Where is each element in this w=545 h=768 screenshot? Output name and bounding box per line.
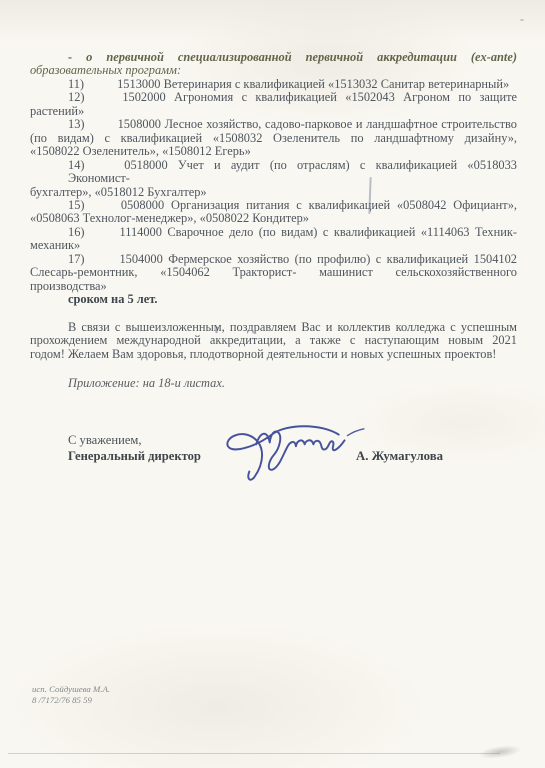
closing-line-1: В связи с вышеизложенным, поздравляем Ва… [30, 321, 517, 334]
scanned-letter-page: - о первичной специализированной первичн… [0, 0, 545, 768]
program-item-14: 14) 0518000 Учет и аудит (по отраслям) с… [30, 159, 517, 186]
scan-speck [520, 19, 524, 21]
signoff-block: С уважением, Генеральный директор [68, 432, 201, 464]
executor-line: исп. Сойдушева М.А. [32, 684, 110, 695]
scan-smudge [477, 743, 522, 761]
term-line: сроком на 5 лет. [30, 293, 517, 306]
program-item-12-cont: растений» [30, 105, 517, 118]
paragraph-gap [30, 307, 517, 321]
program-item-13-cont1: (по видам) с квалификацией «1508032 Озел… [30, 132, 517, 145]
item-number: 11) [68, 78, 114, 91]
item-number: 14) [68, 159, 114, 172]
phone-line: 8 /7172/76 85 59 [32, 695, 110, 706]
item-text: 0508000 Организация питания с квалификац… [121, 198, 517, 212]
program-item-13-cont2: «1508022 Озеленитель», «1508012 Егерь» [30, 145, 517, 158]
signature-ink [220, 421, 368, 489]
signer-name: А. Жумагулова [356, 449, 443, 464]
signer-title: Генеральный директор [68, 448, 201, 464]
item-number: 16) [68, 226, 114, 239]
program-item-15-cont: «0508063 Технолог-менеджер», «0508022 Ко… [30, 212, 517, 225]
program-item-12: 12) 1502000 Агрономия с квалификацией «1… [30, 91, 517, 104]
intro-line-2: образовательных программ: [30, 64, 517, 77]
item-text: 0518000 Учет и аудит (по отраслям) с ква… [68, 158, 517, 185]
closing-line-2: прохождением международной аккредитации,… [30, 334, 517, 347]
footer-block: исп. Сойдушева М.А. 8 /7172/76 85 59 [32, 684, 110, 706]
item-text: 1508000 Лесное хозяйство, садово-парково… [118, 117, 517, 131]
scan-edge-line [8, 753, 500, 754]
program-item-17: 17) 1504000 Фермерское хозяйство (по про… [30, 253, 517, 266]
regards-line: С уважением, [68, 432, 201, 448]
program-item-16-cont: механик» [30, 239, 517, 252]
program-item-14-cont: бухгалтер», «0518012 Бухгалтер» [30, 186, 517, 199]
item-text: 1513000 Ветеринария с квалификацией «151… [117, 77, 509, 91]
item-number: 17) [68, 253, 114, 266]
item-number: 13) [68, 118, 114, 131]
program-item-15: 15) 0508000 Организация питания с квалиф… [30, 199, 517, 212]
program-item-17-cont1: Слесарь-ремонтник, «1504062 Тракторист- … [30, 266, 517, 279]
attachment-note: Приложение: на 18-и листах. [30, 377, 517, 390]
item-number: 12) [68, 91, 114, 104]
closing-line-3: годом! Желаем Вам здоровья, плодотворной… [30, 348, 517, 361]
intro-line-1: - о первичной специализированной первичн… [30, 51, 517, 64]
program-item-16: 16) 1114000 Сварочное дело (по видам) с … [30, 226, 517, 239]
program-item-17-cont2: производства» [30, 280, 517, 293]
program-item-13: 13) 1508000 Лесное хозяйство, садово-пар… [30, 118, 517, 131]
item-text: 1114000 Сварочное дело (по видам) с квал… [119, 225, 517, 239]
letter-body: - о первичной специализированной первичн… [30, 51, 517, 390]
program-item-11: 11) 1513000 Ветеринария с квалификацией … [30, 78, 517, 91]
item-text: 1504000 Фермерское хозяйство (по профилю… [119, 252, 517, 266]
item-text: 1502000 Агрономия с квалификацией «15020… [122, 90, 517, 104]
item-number: 15) [68, 199, 114, 212]
